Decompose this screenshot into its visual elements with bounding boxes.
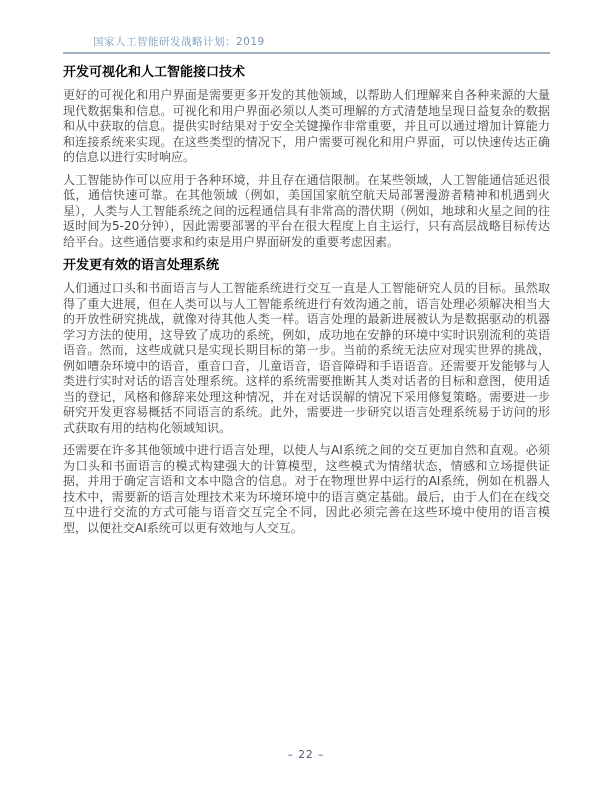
- paragraph: 还需要在许多其他领域中进行语言处理，以使人与AI系统之间的交互更加自然和直观。必…: [63, 443, 550, 536]
- page-number: – 22 –: [0, 749, 612, 761]
- pdf-page: 国家人工智能研发战略计划：2019 开发可视化和人工智能接口技术 更好的可视化和…: [0, 0, 612, 792]
- paragraph: 更好的可视化和用户界面是需要更多开发的其他领域，以帮助人们理解来自各种来源的大量…: [63, 88, 550, 166]
- section-heading-visualization: 开发可视化和人工智能接口技术: [63, 64, 550, 81]
- running-header-title: 国家人工智能研发战略计划：2019: [93, 36, 550, 49]
- header-rule: [63, 52, 550, 54]
- section-heading-language-processing: 开发更有效的语言处理系统: [63, 257, 550, 274]
- page-content: 国家人工智能研发战略计划：2019 开发可视化和人工智能接口技术 更好的可视化和…: [63, 0, 550, 536]
- paragraph: 人们通过口头和书面语言与人工智能系统进行交互一直是人工智能研究人员的目标。虽然取…: [63, 281, 550, 436]
- paragraph: 人工智能协作可以应用于各种环境，并且存在通信限制。在某些领域，人工智能通信延迟很…: [63, 173, 550, 251]
- running-header: 国家人工智能研发战略计划：2019: [63, 0, 550, 54]
